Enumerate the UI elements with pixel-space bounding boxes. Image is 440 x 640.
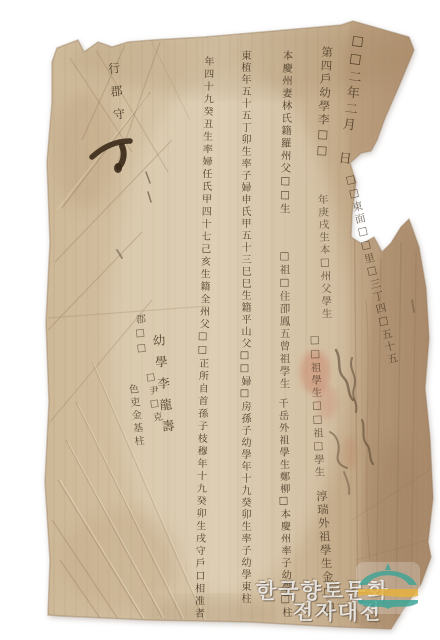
text-column-6: 本慶州妻林氏籍羅州父□□生 (279, 50, 292, 216)
center-highlight (110, 70, 350, 590)
watermark-logo (356, 562, 420, 614)
text-column-9: 東植年五十五丁卯生率子婦申氏甲五十三巳巳生籍平山父□□婦□房孫子幼學年十九癸卯生… (239, 50, 249, 605)
text-column-7: □祖□住卲鳳五曾祖學生 (279, 250, 290, 391)
paper-sheet (0, 0, 440, 640)
photo-canvas: □□二年二月 日第四戶幼學李□□□□東面□□里□三丁四□五十五年庚戌生本□州父學… (0, 0, 440, 640)
